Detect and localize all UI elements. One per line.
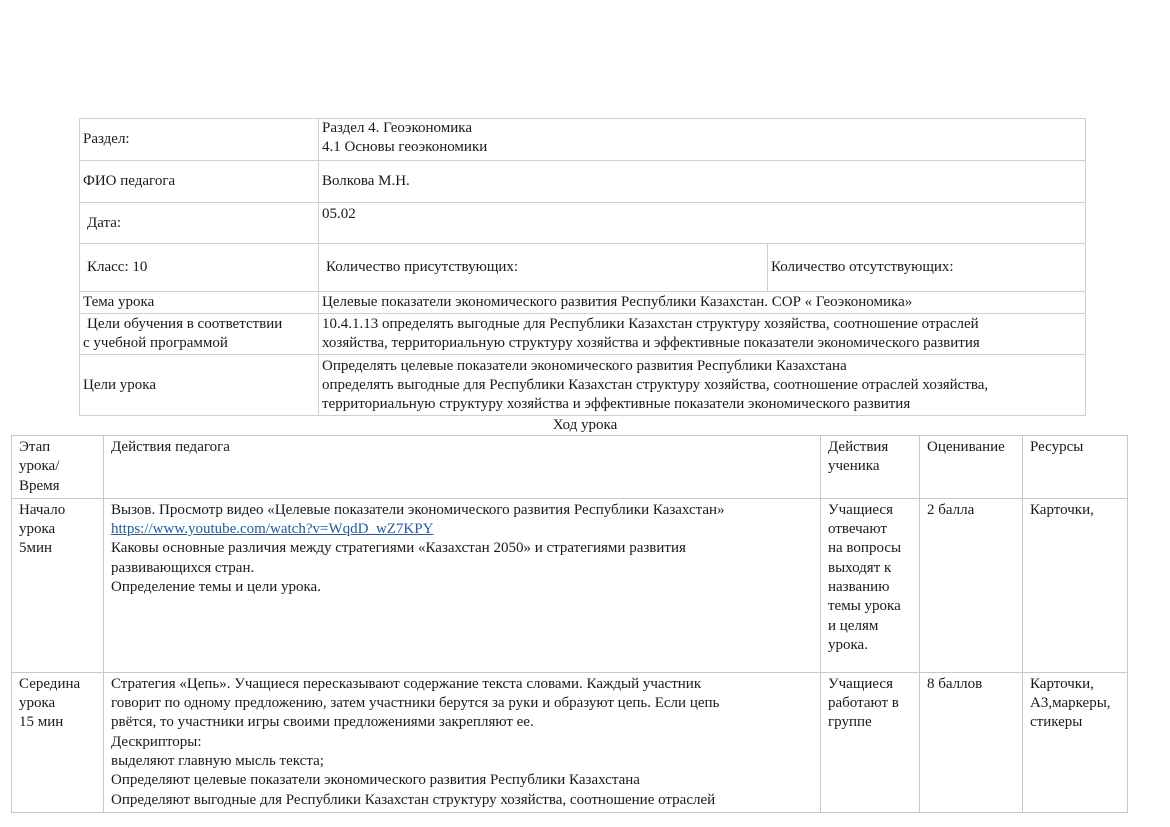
teacher-action-line: выделяют главную мысль текста; [111, 752, 813, 771]
student-action-line: работают в [828, 694, 912, 713]
row-stage: Начало урока 5мин [12, 498, 104, 672]
resource-line: Карточки, [1030, 501, 1120, 520]
teacher-action-line: Стратегия «Цепь». Учащиеся пересказывают… [111, 675, 813, 694]
objectives-label-line: Цели обучения в соответствии [83, 315, 315, 334]
absent-count-label: Количество отсутствующих: [768, 244, 1086, 292]
header-student-line: Действия [828, 438, 912, 457]
header-student-line: ученика [828, 457, 912, 476]
section-value-line: 4.1 Основы геоэкономики [322, 138, 1082, 157]
objectives-label-line: с учебной программой [83, 334, 315, 353]
date-value: 05.02 [319, 203, 1086, 244]
section-label: Раздел: [80, 119, 319, 161]
student-action-line: Учащиеся [828, 501, 912, 520]
row-stage: Середина урока 15 мин [12, 672, 104, 812]
header-resources: Ресурсы [1023, 436, 1128, 499]
header-teacher-actions: Действия педагога [104, 436, 821, 499]
teacher-action-line: развивающихся стран. [111, 559, 813, 578]
teacher-action-line: рвётся, то участники игры своими предлож… [111, 713, 813, 732]
class-row: Класс: 10 Количество присутствующих: Кол… [80, 244, 1086, 292]
present-count-label: Количество присутствующих: [319, 244, 768, 292]
resource-line: Карточки, [1030, 675, 1120, 694]
lesson-goals-row: Цели урока Определять целевые показатели… [80, 355, 1086, 416]
lesson-goals-line: Определять целевые показатели экономичес… [322, 357, 1082, 376]
row-assessment: 8 баллов [920, 672, 1023, 812]
stage-line: Начало [19, 501, 96, 520]
video-link[interactable]: https://www.youtube.com/watch?v=WqdD_wZ7… [111, 520, 813, 539]
header-stage-line: Время [19, 477, 96, 496]
class-label: Класс: 10 [80, 244, 319, 292]
teacher-action-line: Каковы основные различия между стратегия… [111, 539, 813, 558]
student-action-line: темы урока [828, 597, 912, 616]
student-action-line: на вопросы [828, 539, 912, 558]
objectives-value: 10.4.1.13 определять выгодные для Респуб… [319, 314, 1086, 355]
student-action-line: и целям [828, 617, 912, 636]
resource-line: А3,маркеры, [1030, 694, 1120, 713]
lesson-goals-value: Определять целевые показатели экономичес… [319, 355, 1086, 416]
teacher-row: ФИО педагога Волкова М.Н. [80, 161, 1086, 203]
header-stage: Этап урока/ Время [12, 436, 104, 499]
teacher-action-line: Определение темы и цели урока. [111, 578, 813, 597]
table-row: Середина урока 15 мин Стратегия «Цепь». … [12, 672, 1128, 812]
objectives-value-line: 10.4.1.13 определять выгодные для Респуб… [322, 315, 1082, 334]
row-teacher-actions: Вызов. Просмотр видео «Целевые показател… [104, 498, 821, 672]
stage-line: 5мин [19, 539, 96, 558]
lesson-info-table: Раздел: Раздел 4. Геоэкономика 4.1 Основ… [79, 118, 1086, 416]
teacher-action-line: Вызов. Просмотр видео «Целевые показател… [111, 501, 813, 520]
topic-label: Тема урока [80, 292, 319, 314]
row-assessment: 2 балла [920, 498, 1023, 672]
student-action-line: группе [828, 713, 912, 732]
header-stage-line: урока/ [19, 457, 96, 476]
teacher-action-line: Дескрипторы: [111, 733, 813, 752]
row-resources: Карточки, [1023, 498, 1128, 672]
lesson-goals-line: определять выгодные для Республики Казах… [322, 376, 1082, 395]
student-action-line: урока. [828, 636, 912, 655]
topic-row: Тема урока Целевые показатели экономичес… [80, 292, 1086, 314]
lesson-course-table: Этап урока/ Время Действия педагога Дейс… [11, 435, 1128, 813]
course-caption: Ход урока [0, 416, 1170, 435]
lesson-plan-page: Раздел: Раздел 4. Геоэкономика 4.1 Основ… [0, 0, 1170, 827]
lesson-goals-line: территориальную структуру хозяйства и эф… [322, 395, 1082, 414]
teacher-action-line: Определяют целевые показатели экономичес… [111, 771, 813, 790]
header-student-actions: Действия ученика [821, 436, 920, 499]
lesson-goals-label: Цели урока [80, 355, 319, 416]
teacher-value: Волкова М.Н. [319, 161, 1086, 203]
row-resources: Карточки, А3,маркеры, стикеры [1023, 672, 1128, 812]
objectives-label: Цели обучения в соответствии с учебной п… [80, 314, 319, 355]
section-value: Раздел 4. Геоэкономика 4.1 Основы геоэко… [319, 119, 1086, 161]
course-header-row: Этап урока/ Время Действия педагога Дейс… [12, 436, 1128, 499]
header-stage-line: Этап [19, 438, 96, 457]
objectives-value-line: хозяйства, территориальную структуру хоз… [322, 334, 1082, 353]
stage-line: урока [19, 520, 96, 539]
row-student-actions: Учащиеся отвечают на вопросы выходят к н… [821, 498, 920, 672]
row-teacher-actions: Стратегия «Цепь». Учащиеся пересказывают… [104, 672, 821, 812]
student-action-line: названию [828, 578, 912, 597]
header-assessment: Оценивание [920, 436, 1023, 499]
teacher-action-line: говорит по одному предложению, затем уча… [111, 694, 813, 713]
student-action-line: отвечают [828, 520, 912, 539]
student-action-line: Учащиеся [828, 675, 912, 694]
date-row: Дата: 05.02 [80, 203, 1086, 244]
teacher-label: ФИО педагога [80, 161, 319, 203]
stage-line: урока [19, 694, 96, 713]
date-label: Дата: [80, 203, 319, 244]
stage-line: 15 мин [19, 713, 96, 732]
section-value-line: Раздел 4. Геоэкономика [322, 119, 1082, 138]
resource-line: стикеры [1030, 713, 1120, 732]
table-row: Начало урока 5мин Вызов. Просмотр видео … [12, 498, 1128, 672]
stage-line: Середина [19, 675, 96, 694]
row-student-actions: Учащиеся работают в группе [821, 672, 920, 812]
student-action-line: выходят к [828, 559, 912, 578]
teacher-action-line: Определяют выгодные для Республики Казах… [111, 791, 813, 810]
objectives-row: Цели обучения в соответствии с учебной п… [80, 314, 1086, 355]
topic-value: Целевые показатели экономического развит… [319, 292, 1086, 314]
section-row: Раздел: Раздел 4. Геоэкономика 4.1 Основ… [80, 119, 1086, 161]
